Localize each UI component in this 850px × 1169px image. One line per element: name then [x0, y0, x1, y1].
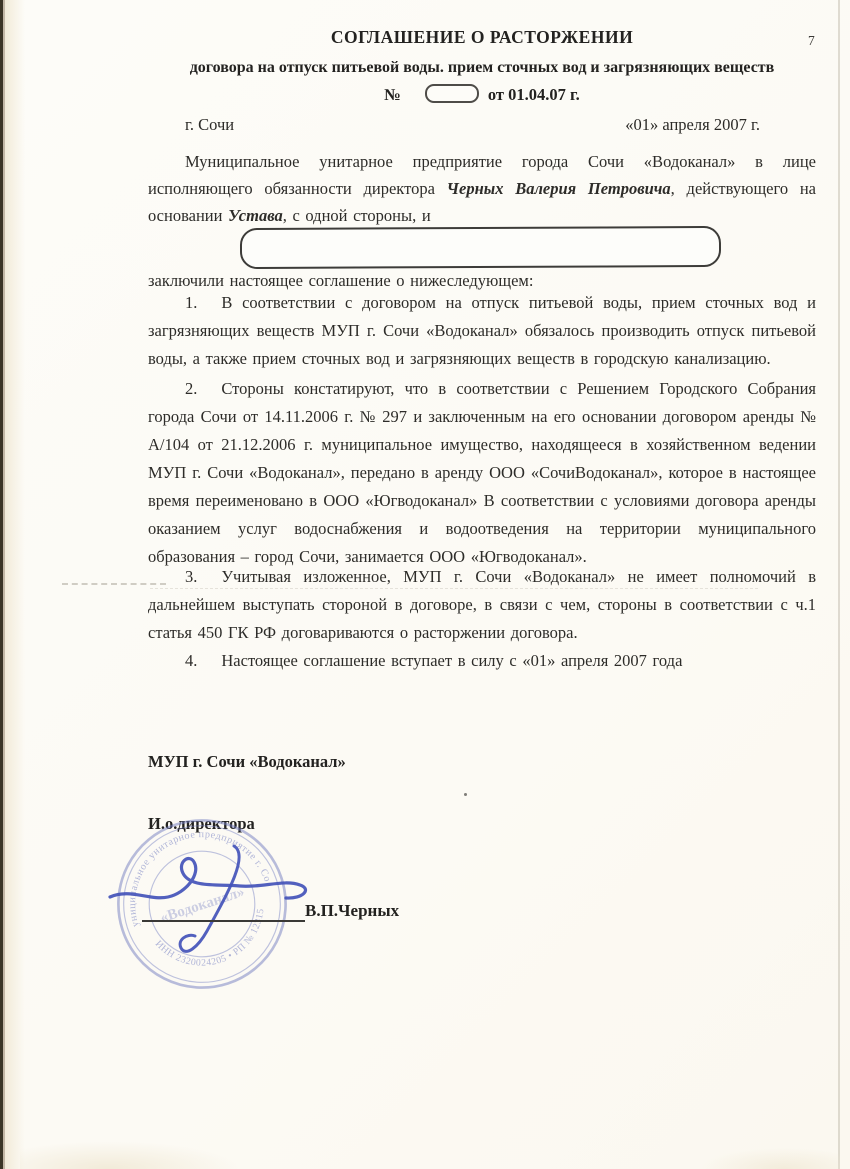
scan-edge-right: [838, 0, 840, 1169]
document-subtitle: договора на отпуск питьевой воды. прием …: [148, 59, 816, 77]
clause-4-text: Настоящее соглашение вступает в силу с «…: [221, 651, 682, 670]
signature-line-row: В.П.Черных: [142, 899, 399, 922]
clause-3: 3.Учитывая изложенное, МУП г. Сочи «Водо…: [148, 563, 816, 647]
clause-1-text: В соответствии с договором на отпуск пит…: [148, 293, 816, 368]
intro-text-3: , с одной стороны, и: [283, 206, 431, 225]
city-label: г. Сочи: [185, 115, 234, 135]
scan-smudge-bottom-left: [20, 1141, 240, 1169]
clause-4: 4.Настоящее соглашение вступает в силу с…: [148, 647, 816, 675]
scanned-document-page: 7 СОГЛАШЕНИЕ О РАСТОРЖЕНИИ договора на о…: [0, 0, 850, 1169]
scan-smudge-bottom-right: [700, 1147, 840, 1169]
clause-2: 2.Стороны констатируют, что в соответств…: [148, 375, 816, 571]
clause-3-text: Учитывая изложенное, МУП г. Сочи «Водока…: [148, 567, 816, 642]
clause-1: 1.В соответствии с договором на отпуск п…: [148, 289, 816, 373]
scan-speck: [464, 793, 467, 796]
redacted-party-box: [240, 226, 721, 269]
contract-number-line: №от 01.04.07 г.: [148, 84, 816, 105]
director-name: Черных Валерия Петровича: [447, 179, 671, 198]
intro-paragraph: Муниципальное унитарное предприятие горо…: [148, 148, 816, 229]
contract-date-text: от 01.04.07 г.: [488, 85, 580, 104]
signer-name: В.П.Черных: [305, 899, 399, 922]
scan-edge-left-cream: [5, 0, 25, 1169]
organization-name: МУП г. Сочи «Водоканал»: [148, 752, 346, 772]
document-title: СОГЛАШЕНИЕ О РАСТОРЖЕНИИ: [148, 27, 816, 48]
clause-4-number: 4.: [185, 651, 221, 670]
legal-basis: Устава: [228, 206, 283, 225]
contract-number-blank-oval: [425, 84, 479, 103]
signature-flourish-stroke: [110, 859, 305, 899]
city-date-row: г. Сочи «01» апреля 2007 г.: [148, 115, 816, 135]
date-label: «01» апреля 2007 г.: [625, 115, 760, 135]
clause-2-number: 2.: [185, 379, 221, 398]
clause-3-number: 3.: [185, 567, 221, 586]
signature-line: [142, 899, 305, 922]
clause-2-text: Стороны констатируют, что в соответствии…: [148, 379, 816, 566]
contract-number-label: №: [384, 85, 401, 104]
clause-1-number: 1.: [185, 293, 221, 312]
